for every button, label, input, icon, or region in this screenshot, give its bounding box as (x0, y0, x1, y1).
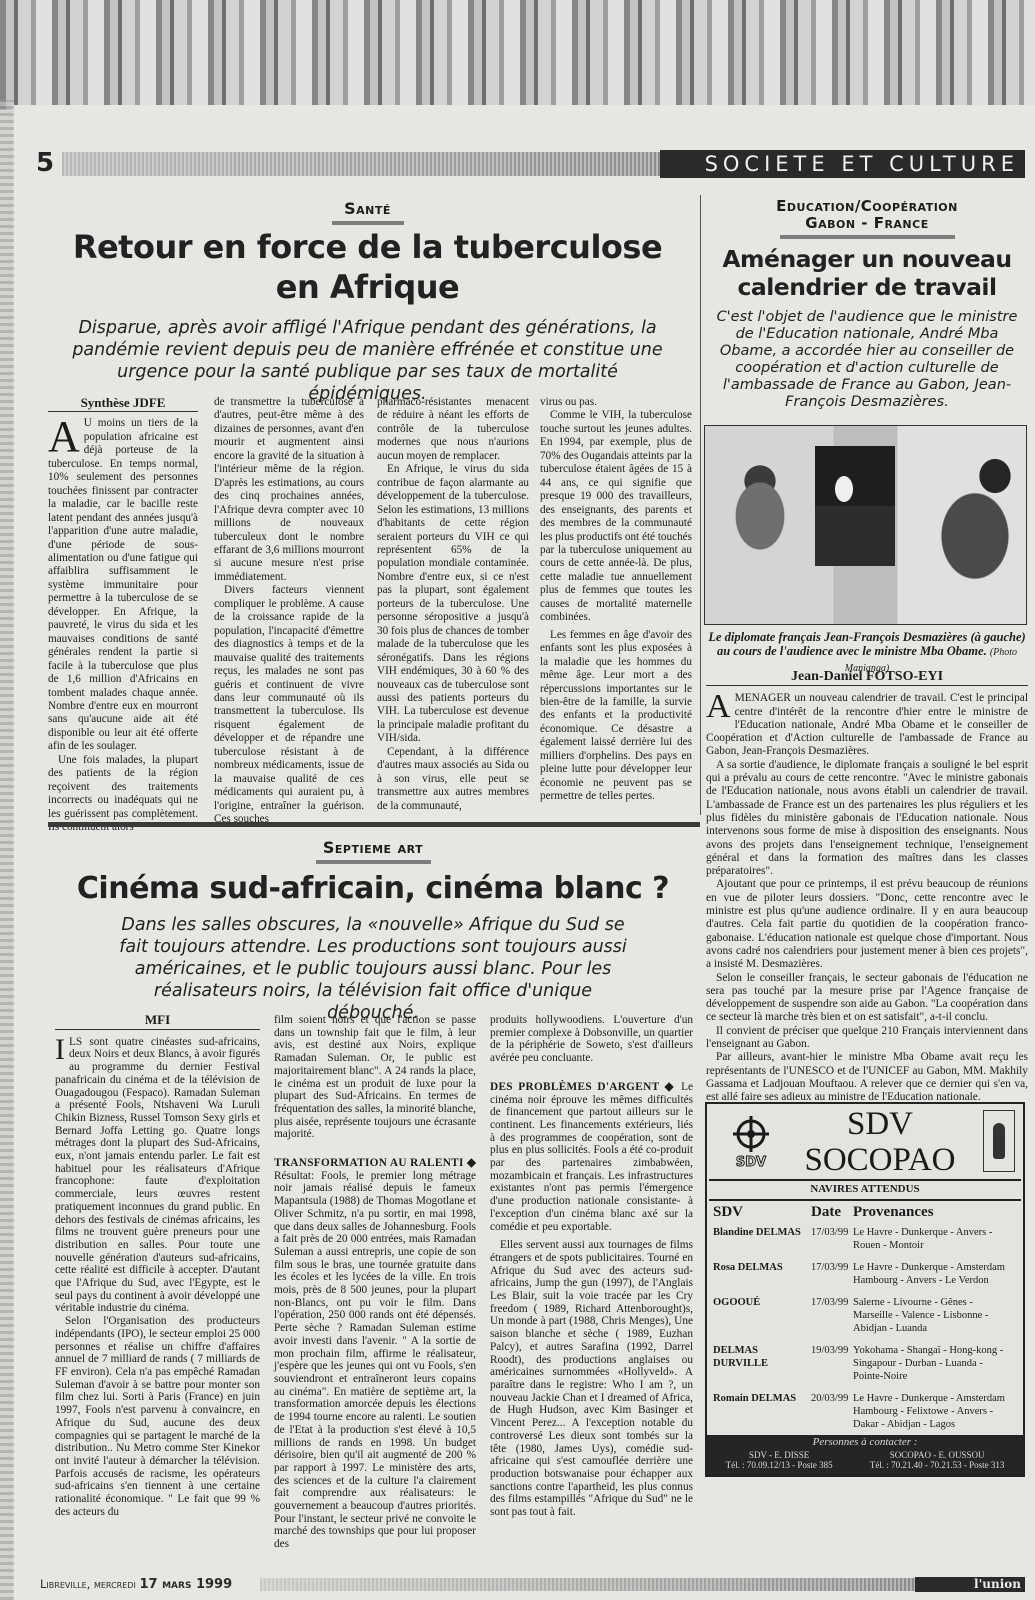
footer-halftone-bar (260, 1578, 920, 1591)
edu-paragraph: Il convient de préciser que quelque 210 … (706, 1025, 1028, 1052)
section-header: 5 SOCIETE ET CULTURE (40, 150, 1025, 178)
table-row: Blandine DELMAS 17/03/99 Le Havre - Dunk… (713, 1226, 1018, 1252)
subhead-transformation: TRANSFORMATION AU RALENTI ◆ (274, 1157, 476, 1169)
byline-mfi: MFI (55, 1014, 260, 1030)
tb-column-2: de transmettre la tuberculose à d'autres… (214, 396, 364, 827)
ship-wheel-logo-icon: SDV (721, 1112, 781, 1172)
tb-paragraph: de transmettre la tuberculose à d'autres… (214, 396, 364, 584)
education-body: Jean-Daniel FOTSO-EYI AMENAGER un nouvea… (706, 670, 1028, 1105)
article-cinema-header: Septieme art Cinéma sud-africain, cinéma… (48, 838, 698, 1024)
headline-education: Aménager un nouveau calendrier de travai… (706, 245, 1028, 301)
ships-table-header: SDV Date Provenances (713, 1204, 1018, 1221)
contact-socopao: SOCOPAO - E. OUSSOU Tél. : 70.21.40 - 70… (870, 1450, 1005, 1470)
cinema-paragraph: DES PROBLÈMES D'ARGENT ◆ Le cinéma noir … (490, 1081, 693, 1233)
standfirst-tuberculose: Disparue, après avoir affligé l'Afrique … (56, 317, 679, 405)
kicker-septieme-art: Septieme art (48, 838, 698, 857)
contact-sdv: SDV - E. DISSE Tél. : 70.09.12/13 - Post… (726, 1450, 833, 1470)
scan-left-edge (0, 100, 14, 1600)
byline-fotso-eyi: Jean-Daniel FOTSO-EYI (706, 670, 1028, 686)
kicker-rule (332, 221, 404, 225)
newspaper-brand: l'union (915, 1577, 1025, 1592)
cinema-column-3: produits hollywoodiens. L'ouverture d'un… (490, 1014, 693, 1519)
mascot-icon (983, 1110, 1015, 1172)
edu-paragraph: Ajoutant que pour ce printemps, il est p… (706, 878, 1028, 971)
tb-paragraph: AU moins un tiers de la population afric… (48, 417, 198, 753)
tb-paragraph: Les femmes en âge d'avoir des enfants so… (540, 629, 692, 804)
tb-paragraph: pharmaco-résistantes menacent de réduire… (377, 396, 529, 463)
table-row: Romain DELMAS 20/03/99 Le Havre - Dunker… (713, 1392, 1018, 1431)
photo-audience (704, 425, 1027, 625)
dropcap: A (48, 419, 80, 455)
table-row: Rosa DELMAS 17/03/99 Le Havre - Dunkerqu… (713, 1261, 1018, 1287)
ships-table: SDV Date Provenances Blandine DELMAS 17/… (713, 1204, 1018, 1440)
cinema-paragraph: Elles servent aussi aux tournages de fil… (490, 1239, 693, 1518)
tb-paragraph: Cependant, à la différence d'autres maux… (377, 746, 529, 813)
tb-column-4: virus ou pas. Comme le VIH, la tuberculo… (540, 396, 692, 804)
article-divider (48, 822, 700, 827)
ad-rule (709, 1199, 1021, 1201)
tb-column-3: pharmaco-résistantes menacent de réduire… (377, 396, 529, 813)
cinema-paragraph: film soient noirs et que l'action se pas… (274, 1014, 476, 1141)
table-row: DELMAS DURVILLE 19/03/99 Yokohama - Shan… (713, 1344, 1018, 1383)
headline-cinema: Cinéma sud-africain, cinéma blanc ? (48, 870, 698, 908)
ad-brand: SDV SOCOPAO (785, 1106, 975, 1178)
tb-paragraph: virus ou pas. (540, 396, 692, 409)
tb-column-1: Synthèse JDFE AU moins un tiers de la po… (48, 396, 198, 835)
standfirst-cinema: Dans les salles obscures, la «nouvelle» … (118, 914, 628, 1024)
cinema-column-2: film soient noirs et que l'action se pas… (274, 1014, 476, 1551)
scan-top-artifact (0, 0, 1035, 110)
page-footer: Libreville, mercredi 17 mars 1999 l'unio… (40, 1577, 1025, 1592)
tb-paragraph: Comme le VIH, la tuberculose touche surt… (540, 409, 692, 624)
cinema-paragraph: TRANSFORMATION AU RALENTI ◆ Résultat: Fo… (274, 1157, 476, 1551)
edu-paragraph: AMENAGER un nouveau calendrier de travai… (706, 692, 1028, 758)
tb-paragraph: En Afrique, le virus du sida contribue d… (377, 463, 529, 746)
table-row: OGOOUÉ 17/03/99 Salerne - Livourne - Gên… (713, 1296, 1018, 1335)
column-divider (700, 195, 701, 815)
edu-paragraph: Par ailleurs, avant-hier le ministre Mba… (706, 1051, 1028, 1104)
cinema-paragraph: produits hollywoodiens. L'ouverture d'un… (490, 1014, 693, 1065)
kicker-education: Education/Coopération Gabon - France (706, 198, 1028, 232)
page-number: 5 (36, 148, 54, 178)
tb-paragraph: Divers facteurs viennent compliquer le p… (214, 584, 364, 826)
article-tuberculose-header: Santé Retour en force de la tuberculose … (40, 199, 695, 405)
photo-furniture (815, 506, 895, 566)
cinema-column-1: MFI ILS sont quatre cinéastes sud-africa… (55, 1014, 260, 1518)
kicker-sante: Santé (40, 199, 695, 218)
footer-date: Libreville, mercredi 17 mars 1999 (40, 1577, 232, 1592)
standfirst-education: C'est l'objet de l'audience que le minis… (706, 309, 1028, 411)
ad-section-title: NAVIRES ATTENDUS (707, 1183, 1023, 1195)
byline-jdfe: Synthèse JDFE (48, 396, 198, 412)
headline-tuberculose: Retour en force de la tuberculose en Afr… (40, 227, 695, 307)
photo-ornament (835, 476, 853, 502)
edu-paragraph: A sa sortie d'audience, le diplomate fra… (706, 759, 1028, 879)
sdv-socopao-ad: SDV SDV SOCOPAO NAVIRES ATTENDUS SDV Dat… (705, 1102, 1025, 1477)
cinema-paragraph: Selon l'Organisation des producteurs ind… (55, 1315, 260, 1518)
ad-rule (709, 1179, 1021, 1181)
cinema-paragraph: ILS sont quatre cinéastes sud-africains,… (55, 1036, 260, 1315)
kicker-rule (316, 860, 431, 864)
dropcap: A (706, 694, 731, 720)
subhead-argent: DES PROBLÈMES D'ARGENT ◆ (490, 1081, 676, 1093)
dropcap: I (55, 1038, 65, 1062)
svg-text:SDV: SDV (736, 1155, 766, 1170)
section-title: SOCIETE ET CULTURE (660, 150, 1025, 178)
header-halftone-bar (62, 152, 682, 176)
article-education-header: Education/Coopération Gabon - France Amé… (706, 198, 1028, 411)
kicker-rule (780, 235, 955, 239)
ad-contacts: Personnes à contacter : SDV - E. DISSE T… (707, 1435, 1023, 1475)
edu-paragraph: Selon le conseiller français, le secteur… (706, 972, 1028, 1025)
